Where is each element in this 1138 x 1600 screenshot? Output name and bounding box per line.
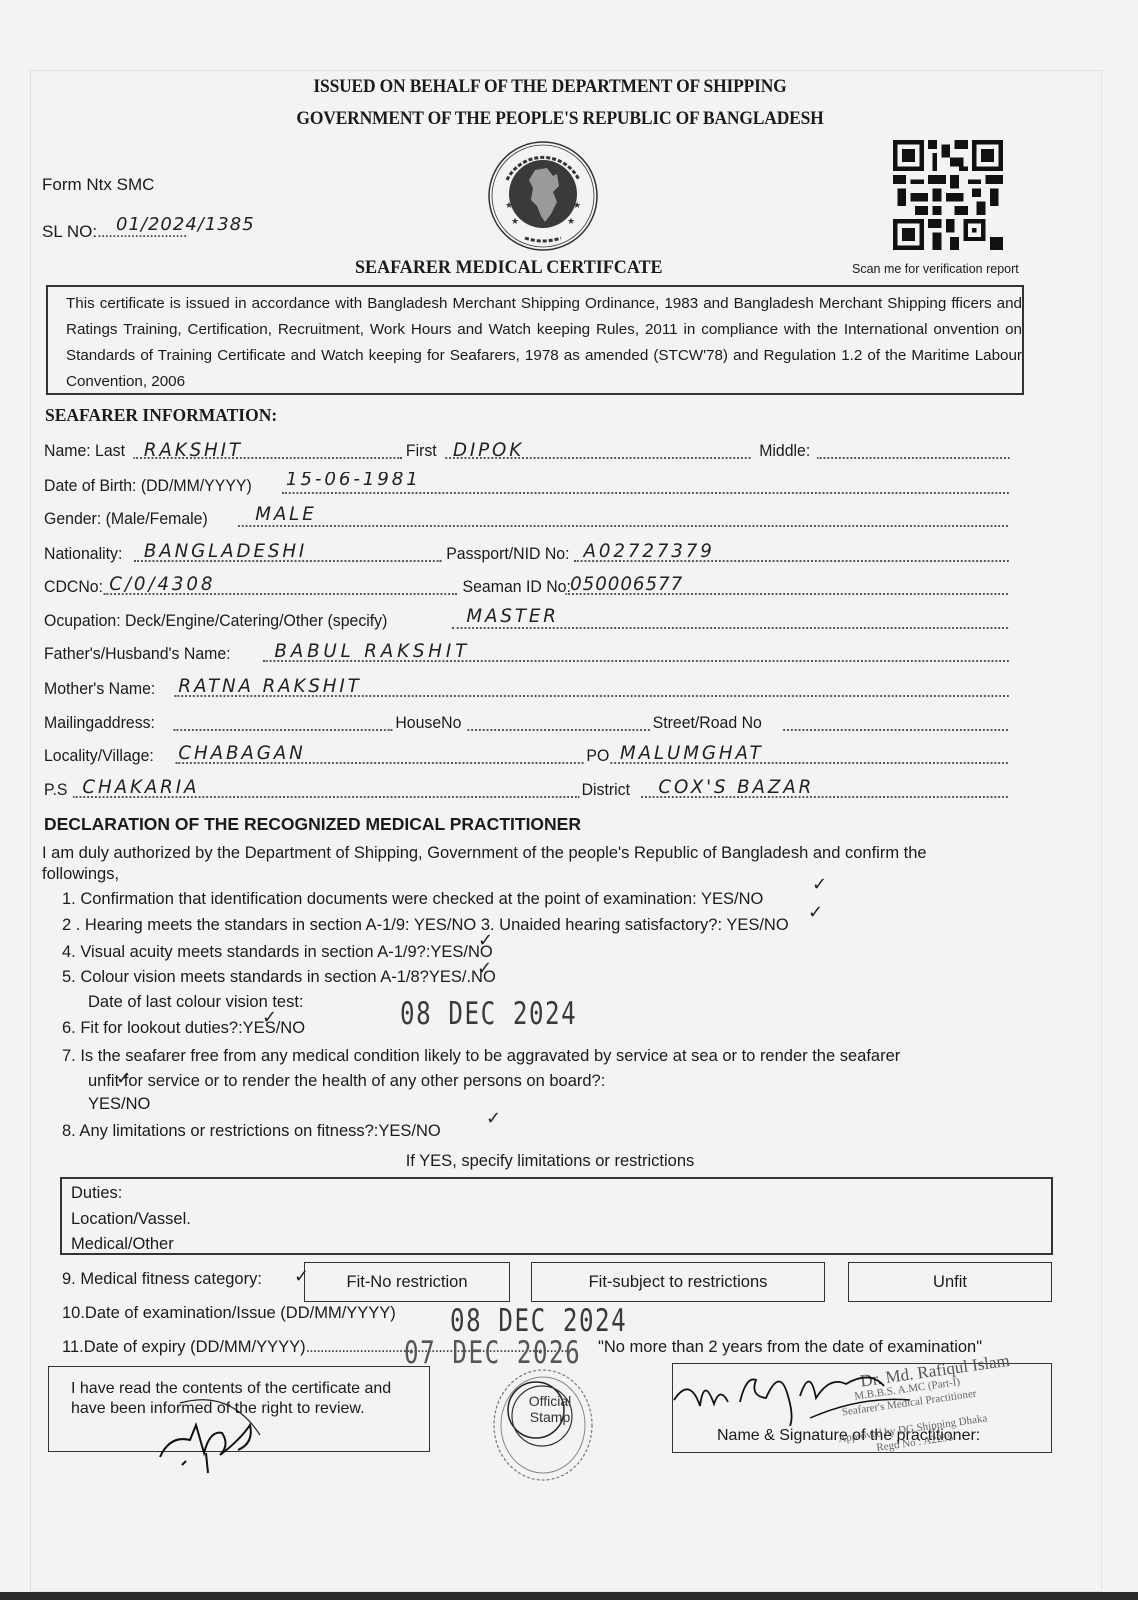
fitness-option-fit-no-restriction[interactable]: Fit-No restriction — [304, 1262, 510, 1302]
declaration-intro: I am duly authorized by the Department o… — [42, 843, 1002, 885]
question-1: 1. Confirmation that identification docu… — [62, 890, 763, 909]
seafarer-signature — [150, 1395, 270, 1475]
svg-text:★: ★ — [511, 216, 519, 226]
limitation-location: Location/Vassel. — [71, 1207, 1051, 1233]
government-heading: GOVERNMENT OF THE PEOPLE'S REPUBLIC OF B… — [54, 108, 1066, 130]
po-value[interactable]: MALUMGHAT — [620, 742, 764, 764]
mother-name-row: Mother's Name: RATNA RAKSHIT — [44, 675, 1010, 701]
serial-number: SL NO:........................ 01/2024/1… — [42, 222, 186, 242]
locality-value[interactable]: CHABAGAN — [178, 742, 305, 764]
serial-number-label: SL NO: — [42, 222, 97, 241]
qr-caption: Scan me for verification report — [852, 262, 1019, 276]
question-7: 7. Is the seafarer free from any medical… — [62, 1047, 900, 1066]
passport-value[interactable]: A02727379 — [584, 540, 715, 562]
check-mark-icon: ✓ — [262, 1007, 277, 1028]
question-8: 8. Any limitations or restrictions on fi… — [62, 1122, 441, 1141]
declaration-heading: DECLARATION OF THE RECOGNIZED MEDICAL PR… — [44, 814, 581, 835]
gender-row: Gender: (Male/Female) MALE — [44, 505, 1010, 531]
expiry-date-stamp: 07 DEC 2026 — [404, 1335, 581, 1371]
dob-value[interactable]: 15-06-1981 — [286, 472, 421, 490]
ps-district-row: P.S CHAKARIA District COX'S BAZAR — [44, 776, 1010, 802]
cdc-value[interactable]: C/0/4308 — [109, 573, 215, 595]
seafarer-info-heading: SEAFARER INFORMATION: — [45, 405, 277, 426]
fitness-option-fit-subject-to-restrictions[interactable]: Fit-subject to restrictions — [531, 1262, 825, 1302]
svg-text:★: ★ — [573, 200, 581, 210]
fitness-option-unfit[interactable]: Unfit — [848, 1262, 1052, 1302]
form-id: Form Ntx SMC — [42, 175, 154, 195]
limitation-duties: Duties: — [71, 1181, 1051, 1207]
seaman-id-value[interactable]: 050006577 — [570, 573, 683, 595]
question-5: 5. Colour vision meets standards in sect… — [62, 968, 496, 987]
last-name-value[interactable]: RAKSHIT — [144, 439, 243, 461]
check-mark-icon: ✓ — [808, 902, 823, 923]
question-7-cont: unfit for service or to render the healt… — [88, 1072, 605, 1091]
check-mark-icon: ✓ — [478, 930, 493, 951]
occupation-value[interactable]: MASTER — [466, 607, 558, 627]
dob-row: Date of Birth: (DD/MM/YYYY) 15-06-1981 — [44, 472, 1010, 498]
check-mark-icon: ✓ — [116, 1068, 131, 1089]
limitations-box: Duties: Location/Vassel. Medical/Other — [60, 1177, 1053, 1255]
serial-number-value: 01/2024/1385 — [116, 214, 255, 235]
exam-date-stamp: 08 DEC 2024 — [450, 1303, 627, 1339]
question-4: 4. Visual acuity meets standards in sect… — [62, 943, 493, 962]
father-name-row: Father's/Husband's Name: BABUL RAKSHIT — [44, 640, 1010, 666]
exam-date-label: 10.Date of examination/Issue (DD/MM/YYYY… — [62, 1304, 396, 1323]
locality-row: Locality/Village: CHABAGAN PO MALUMGHAT — [44, 742, 1010, 768]
fitness-category-label: 9. Medical fitness category: — [62, 1270, 262, 1289]
nationality-value[interactable]: BANGLADESHI — [144, 540, 307, 562]
nationality-row: Nationality: BANGLADESHI Passport/NID No… — [44, 540, 1010, 566]
first-name-value[interactable]: DIPOK — [453, 439, 524, 461]
check-mark-icon: ✓ — [486, 1108, 501, 1129]
issuer-heading: ISSUED ON BEHALF OF THE DEPARTMENT OF SH… — [44, 76, 1056, 98]
mailing-address-row: Mailingaddress: HouseNo Street/Road No — [44, 709, 1010, 735]
ps-value[interactable]: CHAKARIA — [82, 776, 199, 798]
name-row: Name: Last RAKSHIT First DIPOK Middle: — [44, 437, 1010, 463]
official-stamp-label: Official Stamp — [520, 1393, 580, 1425]
gender-value[interactable]: MALE — [255, 505, 316, 525]
check-mark-icon: ✓ — [812, 874, 827, 895]
svg-text:★: ★ — [567, 216, 575, 226]
limitations-note: If YES, specify limitations or restricti… — [0, 1152, 1100, 1171]
svg-text:★: ★ — [505, 200, 513, 210]
mother-name-value[interactable]: RATNA RAKSHIT — [178, 675, 361, 697]
limitation-medical: Medical/Other — [71, 1232, 1051, 1258]
check-mark-icon: ✓ — [477, 958, 492, 979]
district-value[interactable]: COX'S BAZAR — [658, 776, 814, 798]
expiry-note: "No more than 2 years from the date of e… — [598, 1338, 982, 1357]
occupation-row: Ocupation: Deck/Engine/Catering/Other (s… — [44, 607, 1010, 633]
scan-edge — [0, 1592, 1138, 1600]
question-2-3: 2 . Hearing meets the standars in sectio… — [62, 916, 789, 935]
cdc-row: CDCNo: C/0/4308 Seaman ID No: 050006577 — [44, 573, 1010, 599]
question-7-options: YES/NO — [88, 1095, 150, 1114]
colour-vision-date-stamp: 08 DEC 2024 — [400, 996, 577, 1032]
legal-basis-box: This certificate is issued in accordance… — [46, 285, 1024, 395]
practitioner-signature — [670, 1356, 920, 1426]
government-seal-icon: ★ ★ ★ ★ — [487, 140, 599, 252]
official-stamp-icon — [492, 1368, 594, 1482]
certificate-title: SEAFARER MEDICAL CERTIFCATE — [355, 257, 663, 279]
father-name-value[interactable]: BABUL RAKSHIT — [274, 640, 470, 662]
qr-code-icon[interactable] — [893, 140, 1003, 250]
